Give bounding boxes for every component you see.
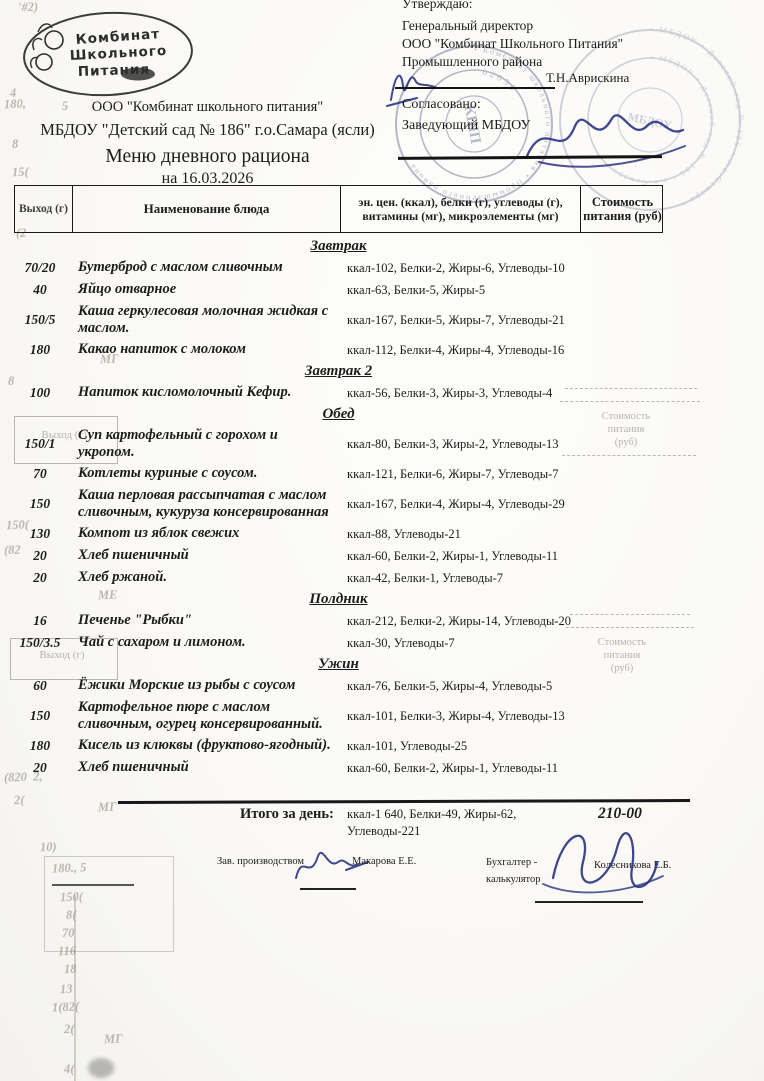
approve-word: Утверждаю: bbox=[402, 0, 702, 13]
footer-accountant-title: Бухгалтер - калькулятор bbox=[486, 854, 540, 888]
row-nutrition: ккал-167, Белки-4, Жиры-4, Углеводы-29 bbox=[340, 497, 580, 512]
row-dish: Чай с сахаром и лимоном. bbox=[72, 633, 340, 654]
row-dish: Какао напиток с молоком bbox=[72, 340, 340, 361]
agree-block: Согласовано: Заведующий МБДОУ bbox=[402, 94, 530, 136]
agree-word: Согласовано: bbox=[402, 94, 530, 115]
row-dish: Суп картофельный с горохом и укропом. bbox=[72, 425, 340, 463]
row-nutrition: ккал-88, Углеводы-21 bbox=[340, 527, 580, 542]
menu-row: 70Котлеты куриные с соусом.ккал-121, Бел… bbox=[14, 463, 663, 485]
row-portion: 20 bbox=[14, 570, 72, 586]
row-dish: Кисель из клюквы (фруктово-ягодный). bbox=[72, 736, 340, 757]
bleed-artifact: 2( bbox=[14, 793, 25, 808]
menu-row: 100Напиток кисломолочный Кефир.ккал-56, … bbox=[14, 382, 663, 404]
bleed-artifact: '#2) bbox=[18, 0, 39, 15]
menu-row: 180Кисель из клюквы (фруктово-ягодный).к… bbox=[14, 735, 663, 757]
row-portion: 16 bbox=[14, 613, 72, 629]
row-dish: Хлеб пшеничный bbox=[72, 758, 340, 779]
row-nutrition: ккал-56, Белки-3, Жиры-3, Углеводы-4 bbox=[340, 386, 580, 401]
company-name: ООО "Комбинат школьного питания" bbox=[25, 99, 390, 116]
document-heading: ООО "Комбинат школьного питания" МБДОУ "… bbox=[25, 99, 390, 188]
section-title: Полдник bbox=[14, 589, 663, 610]
row-nutrition: ккал-101, Белки-3, Жиры-4, Углеводы-13 bbox=[340, 709, 580, 724]
page-title: Меню дневного рациона bbox=[25, 146, 390, 168]
approve-position: Генеральный директор bbox=[402, 17, 702, 35]
ghost-short-line bbox=[52, 884, 134, 886]
scan-smudge bbox=[88, 1058, 114, 1078]
menu-body: Завтрак70/20Бутерброд с маслом сливочным… bbox=[14, 236, 663, 779]
row-nutrition: ккал-60, Белки-2, Жиры-1, Углеводы-11 bbox=[340, 761, 580, 776]
col-header-dish: Наименование блюда bbox=[73, 186, 341, 232]
row-portion: 180 bbox=[14, 342, 72, 358]
menu-row: 150/1Суп картофельный с горохом и укропо… bbox=[14, 425, 663, 463]
section-title: Обед bbox=[14, 404, 663, 425]
ghost-box bbox=[44, 856, 174, 952]
row-nutrition: ккал-76, Белки-5, Жиры-4, Углеводы-5 bbox=[340, 679, 580, 694]
row-dish: Ёжики Морские из рыбы с соусом bbox=[72, 676, 340, 697]
signature-line-kolesnikova bbox=[535, 901, 643, 903]
row-dish: Котлеты куриные с соусом. bbox=[72, 464, 340, 485]
row-dish: Компот из яблок свежих bbox=[72, 524, 340, 545]
row-portion: 150/1 bbox=[14, 436, 72, 452]
row-dish: Печенье "Рыбки" bbox=[72, 611, 340, 632]
row-nutrition: ккал-121, Белки-6, Жиры-7, Углеводы-7 bbox=[340, 467, 580, 482]
col-header-nutrition: эн. цен. (ккал), белки (г), углеводы (г)… bbox=[341, 186, 581, 232]
accountant-title-line1: Бухгалтер - bbox=[486, 854, 540, 871]
section-title: Завтрак 2 bbox=[14, 361, 663, 382]
totals-label: Итого за день: bbox=[240, 806, 334, 823]
row-portion: 70 bbox=[14, 466, 72, 482]
signature-kolesnikova bbox=[535, 806, 670, 906]
section-title: Ужин bbox=[14, 654, 663, 675]
row-dish: Каша перловая рассыпчатая с маслом сливо… bbox=[72, 485, 340, 523]
col-header-output: Выход (г) bbox=[15, 186, 73, 232]
bleed-artifact: МГ bbox=[104, 1032, 123, 1048]
bleed-artifact: МГ bbox=[98, 800, 117, 816]
row-portion: 20 bbox=[14, 760, 72, 776]
menu-row: 150Картофельное пюре с маслом сливочным,… bbox=[14, 697, 663, 735]
row-dish: Яйцо отварное bbox=[72, 280, 340, 301]
menu-row: 70/20Бутерброд с маслом сливочнымккал-10… bbox=[14, 257, 663, 279]
row-nutrition: ккал-30, Углеводы-7 bbox=[340, 636, 580, 651]
row-nutrition: ккал-80, Белки-3, Жиры-2, Углеводы-13 bbox=[340, 437, 580, 452]
approve-company: ООО "Комбинат Школьного Питания" bbox=[402, 35, 702, 53]
signature-line-makarova bbox=[300, 888, 356, 890]
table-header: Выход (г) Наименование блюда эн. цен. (к… bbox=[14, 185, 663, 233]
scan-line-artifact bbox=[74, 895, 76, 1081]
menu-row: 60Ёжики Морские из рыбы с соусомккал-76,… bbox=[14, 675, 663, 697]
col-header-cost: Стоимость питания (руб) bbox=[581, 186, 664, 232]
row-nutrition: ккал-167, Белки-5, Жиры-7, Углеводы-21 bbox=[340, 313, 580, 328]
school-name: МБДОУ "Детский сад № 186" г.о.Самара (яс… bbox=[25, 120, 390, 140]
menu-row: 20Хлеб пшеничныйккал-60, Белки-2, Жиры-1… bbox=[14, 757, 663, 779]
bleed-artifact: 13 bbox=[60, 982, 73, 997]
row-nutrition: ккал-101, Углеводы-25 bbox=[340, 739, 580, 754]
row-nutrition: ккал-212, Белки-2, Жиры-14, Углеводы-20 bbox=[340, 614, 580, 629]
row-portion: 70/20 bbox=[14, 260, 72, 276]
row-portion: 100 bbox=[14, 385, 72, 401]
row-portion: 20 bbox=[14, 548, 72, 564]
row-dish: Каша геркулесовая молочная жидкая с масл… bbox=[72, 301, 340, 339]
menu-row: 130Компот из яблок свежихккал-88, Углево… bbox=[14, 523, 663, 545]
menu-row: 40Яйцо отварноеккал-63, Белки-5, Жиры-5 bbox=[14, 279, 663, 301]
accountant-title-line2: калькулятор bbox=[486, 871, 540, 888]
menu-row: 180Какао напиток с молокомккал-112, Белк… bbox=[14, 339, 663, 361]
row-portion: 60 bbox=[14, 678, 72, 694]
scanned-menu-document: '#2)4180,5815((2МГ8150((82МЕ(820 2,2(МГ1… bbox=[0, 0, 764, 1081]
menu-row: 150/5Каша геркулесовая молочная жидкая с… bbox=[14, 301, 663, 339]
row-nutrition: ккал-112, Белки-4, Жиры-4, Углеводы-16 bbox=[340, 343, 580, 358]
row-portion: 130 bbox=[14, 526, 72, 542]
bleed-artifact: 180, bbox=[4, 97, 26, 113]
bleed-artifact: 10) bbox=[40, 840, 57, 856]
row-nutrition: ккал-60, Белки-2, Жиры-1, Углеводы-11 bbox=[340, 549, 580, 564]
row-portion: 150/5 bbox=[14, 312, 72, 328]
row-dish: Картофельное пюре с маслом сливочным, ог… bbox=[72, 697, 340, 735]
row-dish: Хлеб ржаной. bbox=[72, 568, 340, 589]
row-dish: Напиток кисломолочный Кефир. bbox=[72, 383, 340, 404]
row-portion: 150 bbox=[14, 496, 72, 512]
row-portion: 150/3.5 bbox=[14, 635, 72, 651]
row-dish: Хлеб пшеничный bbox=[72, 546, 340, 567]
section-title: Завтрак bbox=[14, 236, 663, 257]
agree-position: Заведующий МБДОУ bbox=[402, 115, 530, 136]
signature-line-director bbox=[395, 87, 555, 89]
menu-row: 20Хлеб пшеничныйккал-60, Белки-2, Жиры-1… bbox=[14, 545, 663, 567]
approve-signer-name: Т.Н.Аврискина bbox=[546, 70, 629, 86]
menu-row: 150/3.5Чай с сахаром и лимоном.ккал-30, … bbox=[14, 632, 663, 654]
menu-row: 150Каша перловая рассыпчатая с маслом сл… bbox=[14, 485, 663, 523]
row-portion: 180 bbox=[14, 738, 72, 754]
row-nutrition: ккал-63, Белки-5, Жиры-5 bbox=[340, 283, 580, 298]
menu-row: 16Печенье "Рыбки"ккал-212, Белки-2, Жиры… bbox=[14, 610, 663, 632]
row-dish: Бутерброд с маслом сливочным bbox=[72, 258, 340, 279]
row-nutrition: ккал-102, Белки-2, Жиры-6, Углеводы-10 bbox=[340, 261, 580, 276]
row-portion: 40 bbox=[14, 282, 72, 298]
signature-head bbox=[515, 98, 693, 170]
menu-row: 20Хлеб ржаной.ккал-42, Белки-1, Углеводы… bbox=[14, 567, 663, 589]
footer-production-name: Макарова Е.Е. bbox=[352, 856, 416, 867]
bleed-artifact: 8 bbox=[12, 137, 19, 152]
row-portion: 150 bbox=[14, 708, 72, 724]
row-nutrition: ккал-42, Белки-1, Углеводы-7 bbox=[340, 571, 580, 586]
